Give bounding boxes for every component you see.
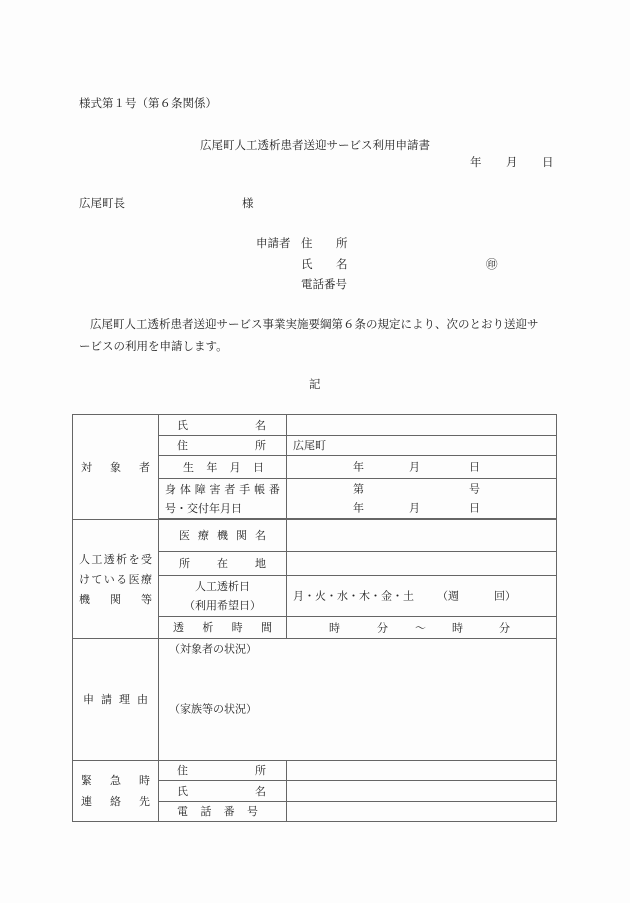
label-char: 関 bbox=[236, 530, 247, 541]
label-char: 所 bbox=[179, 558, 190, 569]
label-char: る bbox=[116, 574, 127, 585]
label-char: 機 bbox=[79, 594, 90, 605]
label-char: 氏 bbox=[177, 420, 188, 431]
label-char: 氏 bbox=[177, 786, 188, 797]
label-char: 人 bbox=[79, 554, 90, 565]
unit-dai: 第 bbox=[353, 484, 364, 495]
unit-minute: 分 bbox=[499, 622, 510, 633]
unit-tilde: ～ bbox=[415, 622, 426, 633]
label-char: 月 bbox=[230, 462, 241, 473]
form-number: 様式第１号（第６条関係） bbox=[79, 98, 217, 110]
unit-hour: 時 bbox=[452, 622, 463, 633]
label-char: 所 bbox=[255, 440, 266, 451]
applicant-address-label: 住 bbox=[301, 238, 313, 250]
handbook-label: 身 体 障 害 者 手 帳 番 号・交付年月日 bbox=[159, 479, 287, 519]
label-char: 申 bbox=[83, 694, 94, 705]
label-char: 住 bbox=[177, 440, 188, 451]
label-char: 日 bbox=[253, 462, 264, 473]
label-char: 手 bbox=[239, 484, 250, 495]
label-char: 者 bbox=[139, 462, 150, 473]
unit-year: 年 bbox=[353, 462, 364, 473]
emergency-group-label: 緊急時 連絡先 bbox=[73, 761, 159, 822]
emergency-phone-label: 電話番号 bbox=[159, 802, 287, 822]
label-char: 緊 bbox=[81, 775, 92, 786]
label-char: 透 bbox=[104, 554, 115, 565]
addressee: 広尾町長 bbox=[79, 198, 125, 210]
label-char: 障 bbox=[195, 484, 206, 495]
family-status-label: （家族等の状況） bbox=[169, 704, 257, 715]
body-line-1: 広尾町人工透析患者送迎サービス事業実施要綱第６条の規定により、次のとおり送迎サ bbox=[90, 319, 539, 331]
label-char: 所 bbox=[255, 765, 266, 776]
subject-name-label: 氏名 bbox=[159, 415, 287, 436]
applicant-address-label: 所 bbox=[336, 238, 348, 250]
label-char: 医 bbox=[129, 574, 140, 585]
emergency-name-label: 氏名 bbox=[159, 781, 287, 802]
unit-hour: 時 bbox=[329, 622, 340, 633]
label-char: 析 bbox=[202, 622, 213, 633]
label-char: 関 bbox=[110, 594, 121, 605]
label-char: 透 bbox=[173, 622, 184, 633]
unit-day: 日 bbox=[469, 503, 480, 514]
label-char: て bbox=[91, 574, 102, 585]
label-char: け bbox=[79, 574, 90, 585]
reason-field[interactable]: （対象者の状況） （家族等の状況） bbox=[159, 639, 557, 761]
label-char: 析 bbox=[116, 554, 127, 565]
label-char: 先 bbox=[139, 796, 150, 807]
label-char: 工 bbox=[91, 554, 102, 565]
applicant-name-label: 氏 bbox=[301, 259, 313, 271]
facility-group-label: 人工透析を受 けている医療 機関等 bbox=[73, 520, 159, 639]
facility-name-field[interactable] bbox=[287, 520, 557, 552]
subject-birth-field[interactable]: 年 月 日 bbox=[287, 456, 557, 479]
date-year-label: 年 bbox=[470, 157, 482, 169]
label-char: 体 bbox=[180, 484, 191, 495]
form-title: 広尾町人工透析患者送迎サービス利用申請書 bbox=[200, 140, 430, 152]
label-char: 地 bbox=[255, 558, 266, 569]
reason-group-label: 申請理由 bbox=[73, 639, 159, 761]
dialysis-day-label: 人工透析日 （利用希望日） bbox=[159, 576, 287, 617]
applicant-name-label: 名 bbox=[336, 259, 348, 271]
applicant-phone-label: 電話番号 bbox=[301, 279, 347, 291]
unit-month: 月 bbox=[409, 462, 420, 473]
label-char: 理 bbox=[119, 694, 130, 705]
honorific: 様 bbox=[242, 198, 254, 210]
subject-birth-label: 生年月日 bbox=[159, 456, 287, 479]
label-char: 等 bbox=[141, 594, 152, 605]
date-day-label: 日 bbox=[542, 157, 554, 169]
label-char: 身 bbox=[165, 484, 176, 495]
facility-location-field[interactable] bbox=[287, 552, 557, 576]
label-char: 時 bbox=[232, 622, 243, 633]
unit-year: 年 bbox=[353, 503, 364, 514]
label-char: 療 bbox=[141, 574, 152, 585]
label-char: 在 bbox=[217, 558, 228, 569]
label-char: 由 bbox=[137, 694, 148, 705]
subject-address-field[interactable]: 広尾町 bbox=[287, 436, 557, 456]
unit-go: 号 bbox=[469, 484, 480, 495]
label-char: 機 bbox=[217, 530, 228, 541]
label-char: 話 bbox=[200, 806, 211, 817]
handbook-label-line-2: 号・交付年月日 bbox=[165, 503, 280, 514]
label-char: 名 bbox=[255, 420, 266, 431]
label-char: 帳 bbox=[254, 484, 265, 495]
label-char: 住 bbox=[177, 765, 188, 776]
label-char: い bbox=[104, 574, 115, 585]
dialysis-day-label-line-1: 人工透析日 bbox=[159, 581, 286, 592]
unit-month: 月 bbox=[409, 503, 420, 514]
label-char: 急 bbox=[110, 775, 121, 786]
body-line-2: ービスの利用を申請します。 bbox=[79, 341, 228, 353]
subject-status-label: （対象者の状況） bbox=[169, 644, 257, 655]
handbook-field[interactable]: 第 号 年 月 日 bbox=[287, 479, 557, 519]
label-char: 間 bbox=[261, 622, 272, 633]
label-char: 絡 bbox=[110, 796, 121, 807]
label-char: 番 bbox=[224, 806, 235, 817]
per-week-open: （週 bbox=[437, 591, 459, 602]
label-char: 番 bbox=[269, 484, 280, 495]
subject-address-label: 住所 bbox=[159, 436, 287, 456]
subject-group-label: 対 象 者 bbox=[73, 415, 159, 520]
unit-minute: 分 bbox=[377, 622, 388, 633]
applicant-label: 申請者 bbox=[256, 238, 291, 250]
facility-location-label: 所在地 bbox=[159, 552, 287, 576]
label-char: 害 bbox=[210, 484, 221, 495]
dialysis-day-label-line-2: （利用希望日） bbox=[159, 600, 286, 611]
subject-name-field[interactable] bbox=[287, 415, 557, 436]
emergency-address-field[interactable] bbox=[287, 761, 557, 781]
dialysis-day-field[interactable]: 月・火・水・木・金・土 （週 回） bbox=[287, 576, 557, 617]
dialysis-weekdays: 月・火・水・木・金・土 bbox=[293, 591, 414, 602]
emergency-address-label: 住所 bbox=[159, 761, 287, 781]
label-char: 電 bbox=[177, 806, 188, 817]
label-char: 名 bbox=[255, 786, 266, 797]
emergency-phone-field[interactable] bbox=[287, 802, 557, 822]
label-char: 受 bbox=[141, 554, 152, 565]
date-month-label: 月 bbox=[506, 157, 518, 169]
emergency-name-field[interactable] bbox=[287, 781, 557, 802]
label-char: 号 bbox=[247, 806, 258, 817]
unit-day: 日 bbox=[469, 462, 480, 473]
label-char: 医 bbox=[179, 530, 190, 541]
application-table: 対 象 者 氏名 住所 広尾町 生年月日 年 月 日 身 体 障 bbox=[72, 414, 557, 822]
dialysis-time-field[interactable]: 時 分 ～ 時 分 bbox=[287, 617, 557, 639]
label-char: 年 bbox=[206, 462, 217, 473]
label-char: 象 bbox=[110, 462, 121, 473]
label-char: 生 bbox=[183, 462, 194, 473]
label-char: 対 bbox=[81, 462, 92, 473]
facility-name-label: 医療機関名 bbox=[159, 520, 287, 552]
label-char: 請 bbox=[101, 694, 112, 705]
label-char: 療 bbox=[198, 530, 209, 541]
label-char: 時 bbox=[139, 775, 150, 786]
ki-label: 記 bbox=[309, 379, 321, 391]
label-char: 名 bbox=[255, 530, 266, 541]
label-char: 者 bbox=[224, 484, 235, 495]
label-char: 連 bbox=[81, 796, 92, 807]
label-char: を bbox=[129, 554, 140, 565]
per-week-close: 回） bbox=[494, 591, 516, 602]
subject-address-value: 広尾町 bbox=[287, 439, 326, 452]
seal-mark: ㊞ bbox=[486, 259, 498, 271]
dialysis-time-label: 透析時間 bbox=[159, 617, 287, 639]
